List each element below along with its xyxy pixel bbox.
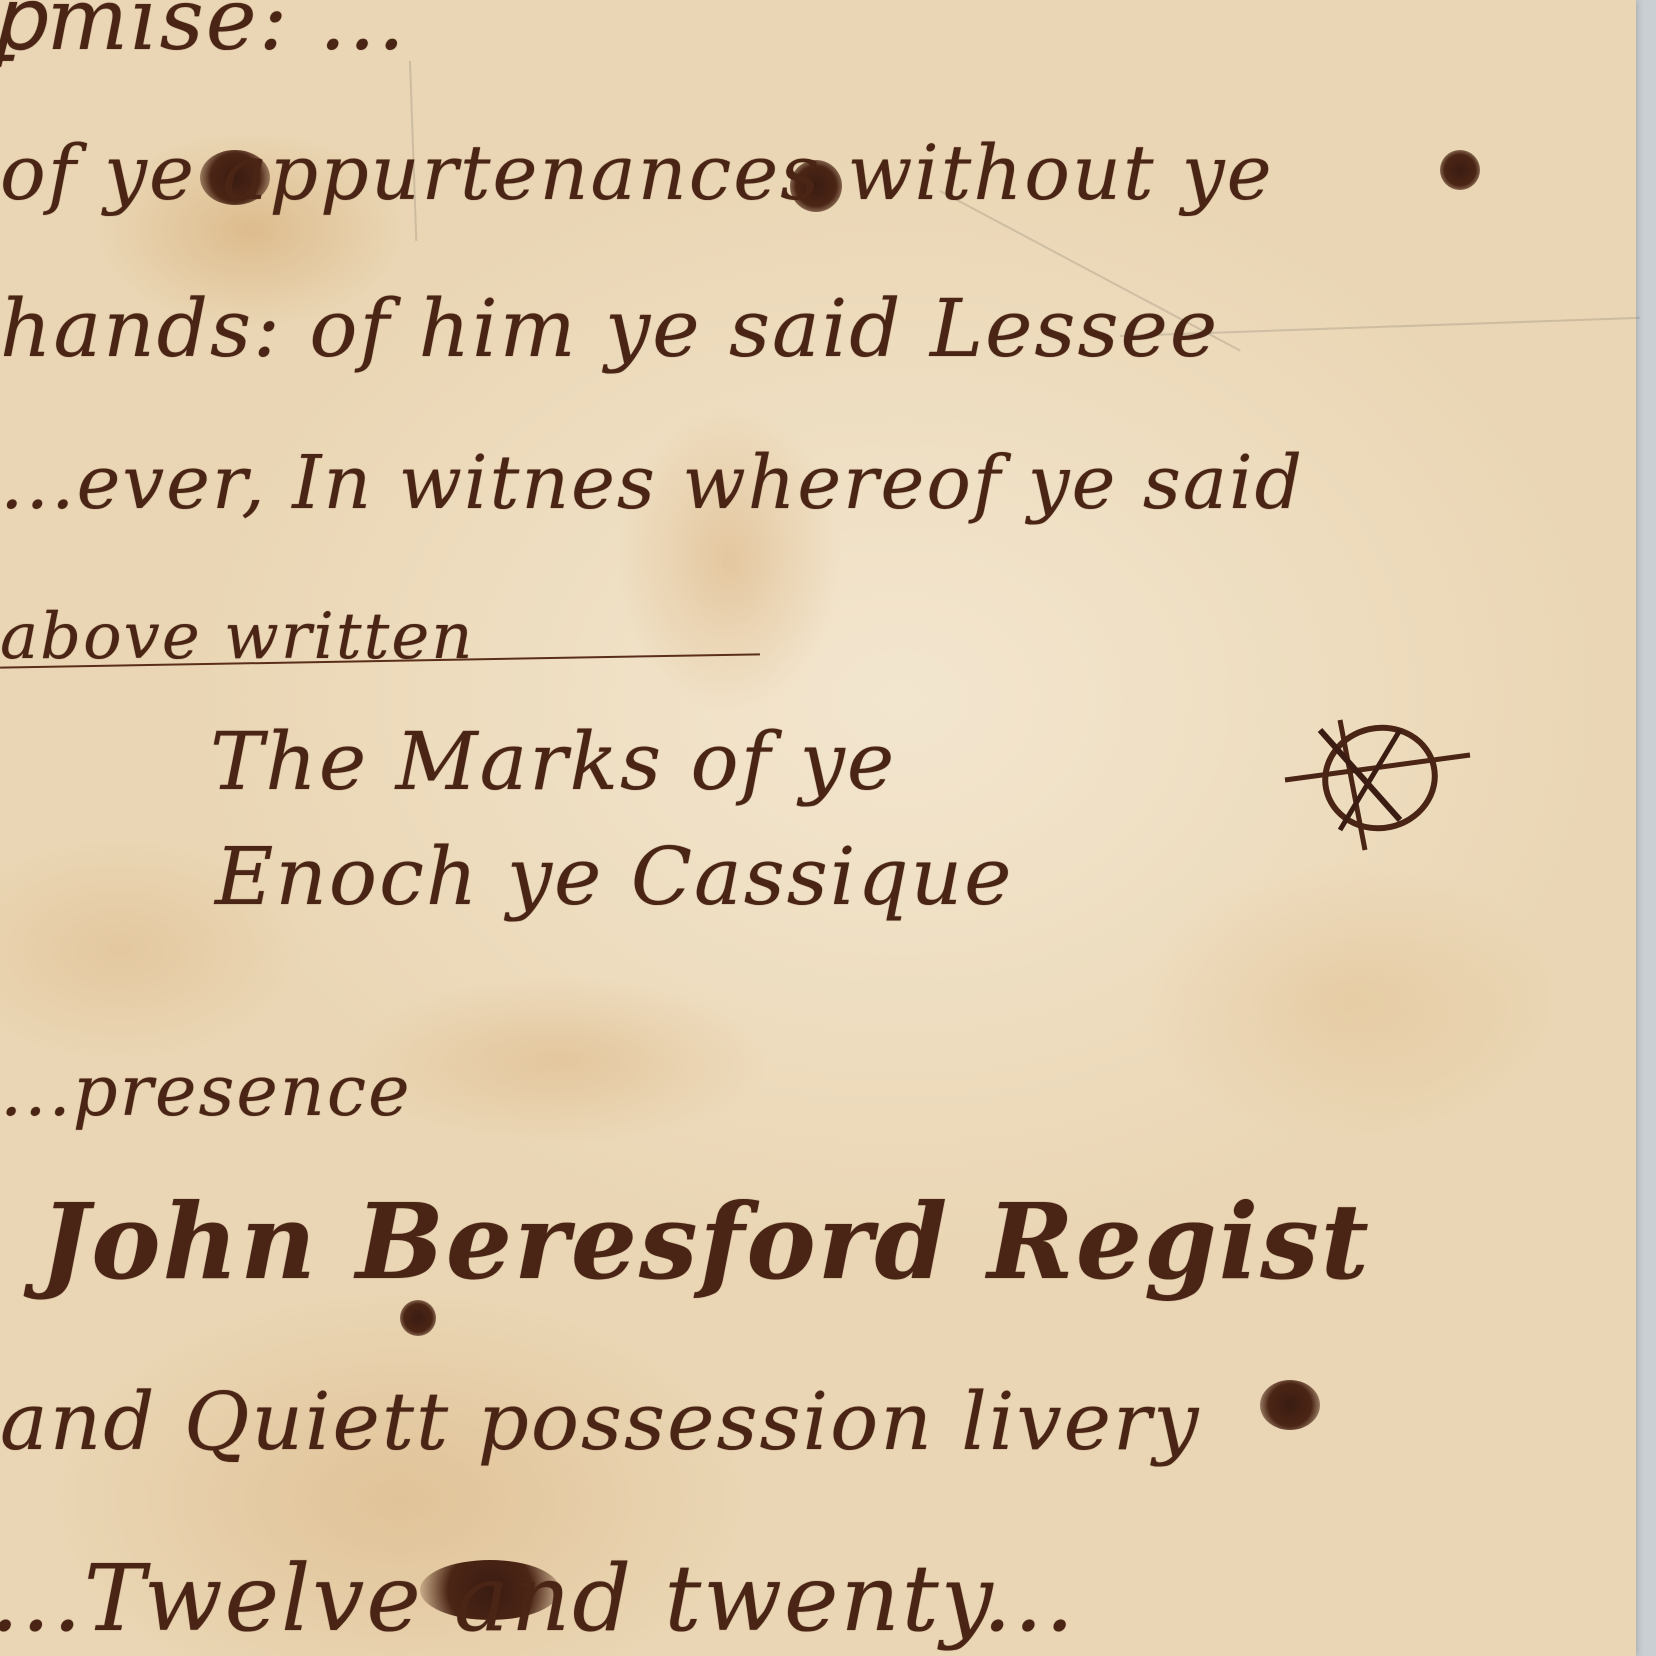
manuscript-page: ꝑmise: ... of ye appurtenances without y… [0, 0, 1636, 1656]
signature-mark-icon [1280, 700, 1480, 860]
manuscript-line-10: and Quiett possession livery [0, 1375, 1200, 1468]
manuscript-line-7: Enoch ye Cassique [215, 830, 1014, 923]
manuscript-line-3: hands: of him ye said Lessee [0, 282, 1219, 375]
manuscript-line-11: ...Twelve and twenty... [0, 1545, 1076, 1652]
manuscript-line-2: of ye appurtenances without ye [0, 128, 1274, 217]
ink-blot [1440, 150, 1480, 190]
manuscript-line-4: ...ever, In witnes whereof ye said [0, 440, 1304, 526]
ink-blot [1260, 1380, 1320, 1430]
manuscript-line-6: The Marks of ye [210, 715, 896, 808]
manuscript-line-1: ꝑmise: ... [0, 0, 407, 70]
ink-blot [400, 1300, 436, 1336]
manuscript-line-8: ...presence [0, 1050, 412, 1132]
manuscript-line-9-registrar-signature: John Beresford Regist [40, 1180, 1371, 1303]
